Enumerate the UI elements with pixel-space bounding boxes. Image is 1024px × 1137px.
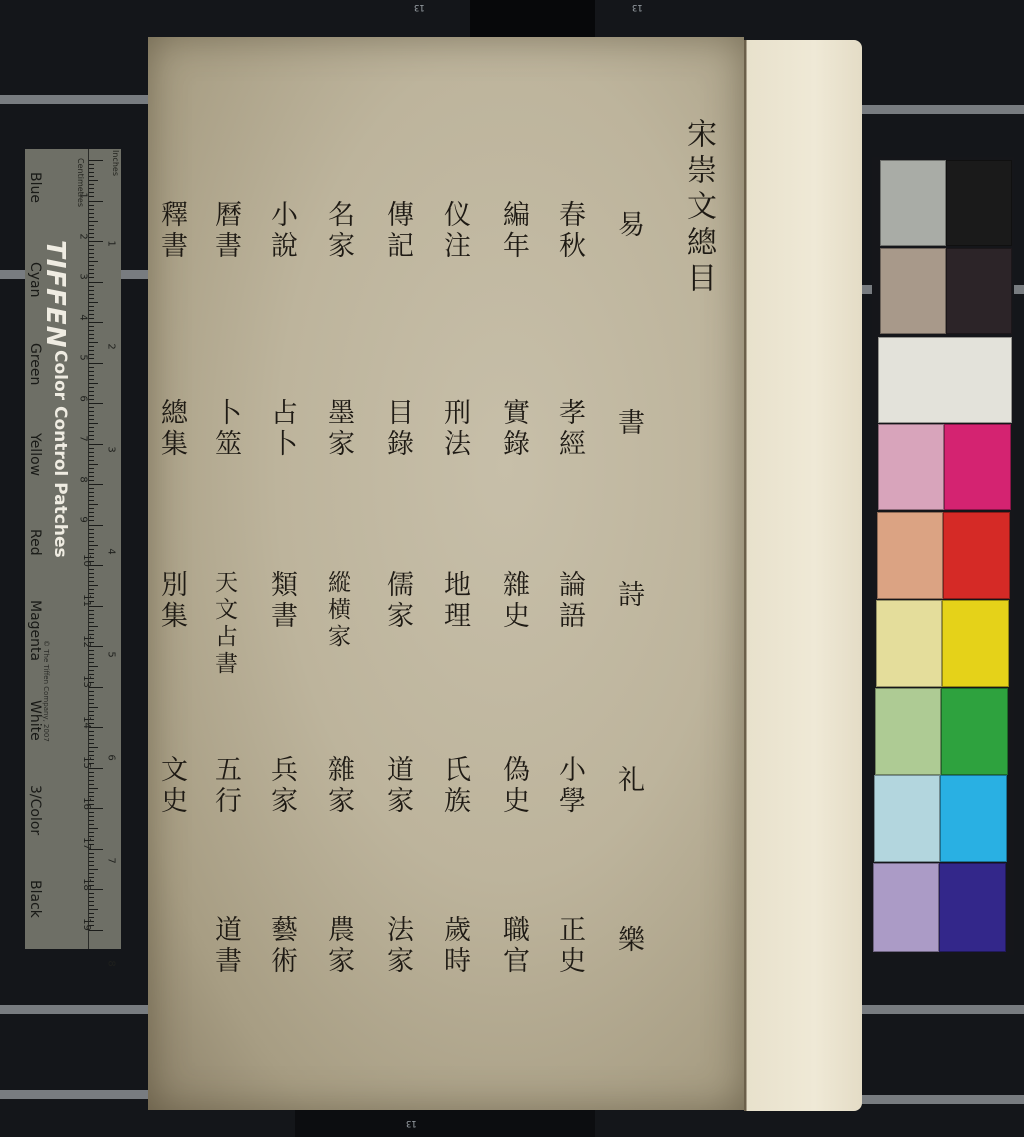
ruler-tick: [89, 164, 94, 165]
catalog-entry: 刑法: [441, 398, 468, 460]
catalog-entry: 藝術: [268, 915, 295, 977]
ruler-tick: [89, 670, 94, 671]
ruler-tick: [89, 354, 94, 355]
ruler-tick: [89, 172, 94, 173]
ruler-inch-label: 2: [106, 343, 117, 349]
catalog-entry: 天文占書: [212, 570, 235, 678]
ruler-tick: [89, 261, 98, 262]
catalog-entry: 曆書: [212, 200, 239, 262]
ruler-tick: [89, 772, 94, 773]
ruler-tick: [89, 326, 94, 327]
ruler-tick: [89, 257, 94, 258]
ruler-unit-in: Inches: [111, 150, 120, 176]
catalog-entry: 詩: [615, 580, 642, 611]
ruler-tick: [89, 699, 94, 700]
ruler-tick: [89, 391, 94, 392]
ruler-tick: [89, 853, 94, 854]
background-stripe: [862, 1005, 1024, 1014]
color-patch-green: [941, 688, 1008, 775]
catalog-entry: 農家: [325, 915, 352, 977]
ruler-inch-label: 1: [106, 240, 117, 246]
color-patch-yellow: [942, 600, 1009, 687]
ruler-tick: [89, 273, 94, 274]
edge-mark: 13: [414, 2, 425, 12]
ruler-tick: [89, 480, 94, 481]
ruler-tick: [89, 245, 94, 246]
ruler-tick: [89, 816, 94, 817]
ruler-tick: [89, 869, 98, 870]
ruler-product: Color Control Patches: [50, 350, 70, 558]
ruler-tick: [89, 751, 94, 752]
ruler-cm-label: 18: [81, 878, 92, 891]
ruler-tick: [89, 176, 94, 177]
ruler-tick: [89, 865, 94, 866]
catalog-entry: 總集: [158, 398, 185, 460]
catalog-entry: 雜家: [325, 755, 352, 817]
ruler-tick: [89, 399, 94, 400]
ruler-tick: [89, 622, 94, 623]
ruler-tick: [89, 630, 94, 631]
book-spine: [744, 40, 862, 1111]
ruler-tick: [89, 294, 94, 295]
ruler-tick: [89, 610, 94, 611]
ruler-tick: [89, 314, 94, 315]
ruler-tick: [89, 529, 94, 530]
ruler-tick: [89, 788, 98, 789]
ruler-tick: [89, 237, 94, 238]
background-block: [295, 1110, 595, 1137]
catalog-entry: 雜史: [500, 570, 527, 632]
catalog-entry: 縱横家: [325, 570, 348, 651]
ruler-tick: [89, 828, 98, 829]
ruler-tick: [89, 614, 94, 615]
manuscript-title: 宋崇文總目: [683, 118, 713, 298]
color-patch-pale-yellow: [876, 600, 942, 687]
catalog-entry: 道家: [384, 755, 411, 817]
ruler-tick: [89, 403, 103, 404]
ruler-tick: [89, 168, 94, 169]
ruler-tick: [89, 739, 94, 740]
ruler-tick: [89, 249, 94, 250]
catalog-entry: 職官: [500, 915, 527, 977]
ruler-tick: [89, 909, 98, 910]
catalog-entry: 法家: [384, 915, 411, 977]
catalog-entry: 春秋: [556, 200, 583, 262]
ruler-tick: [89, 213, 94, 214]
ruler-tick: [89, 350, 94, 351]
ruler-tick: [89, 703, 94, 704]
ruler-tick: [89, 897, 94, 898]
ruler-tick: [89, 233, 94, 234]
catalog-entry: 小學: [556, 755, 583, 817]
ruler-tick: [89, 589, 94, 590]
ruler-tick: [89, 180, 98, 181]
ruler-tick: [89, 415, 94, 416]
edge-mark: 13: [406, 1118, 417, 1128]
ruler-tick: [89, 205, 94, 206]
ruler-tick: [89, 201, 103, 202]
ruler-tick: [89, 460, 94, 461]
ruler-tick: [89, 496, 94, 497]
ruler-tick: [89, 383, 98, 384]
ruler-inch-label: 5: [106, 652, 117, 658]
ruler-tick: [89, 286, 94, 287]
catalog-entry: 兵家: [268, 755, 295, 817]
ruler-label-black: Black: [27, 880, 43, 918]
ruler-tick: [89, 901, 94, 902]
ruler-tick: [89, 221, 98, 222]
ruler-inch-label: 6: [106, 754, 117, 760]
ruler-tick: [89, 577, 94, 578]
ruler-tick: [89, 707, 98, 708]
ruler-tick: [89, 820, 94, 821]
ruler-cm-label: 2: [78, 233, 89, 239]
ruler-tick: [89, 456, 94, 457]
ruler-tick: [89, 192, 94, 193]
color-patch-magenta: [944, 424, 1011, 510]
catalog-entry: 文史: [158, 755, 185, 817]
ruler-tick: [89, 302, 98, 303]
ruler-tick: [89, 516, 94, 517]
ruler-tick: [89, 290, 94, 291]
ruler-tick: [89, 492, 94, 493]
ruler-tick: [89, 476, 94, 477]
ruler-tick: [89, 504, 98, 505]
catalog-entry: 儒家: [384, 570, 411, 632]
ruler-tick: [89, 427, 94, 428]
background-stripe: [0, 1090, 150, 1099]
ruler-tick: [89, 541, 94, 542]
ruler-tick: [89, 435, 94, 436]
ruler-tick: [89, 500, 94, 501]
ruler-tick: [89, 650, 94, 651]
color-patch-tan-gray: [880, 248, 946, 334]
ruler-cm-label: 6: [78, 395, 89, 401]
ruler-label-cyan: Cyan: [27, 262, 43, 298]
ruler-tick: [89, 488, 94, 489]
ruler-tick: [89, 537, 94, 538]
catalog-entry: 占卜: [268, 398, 295, 460]
ruler-tick: [89, 472, 94, 473]
ruler-tick: [89, 711, 94, 712]
ruler-tick: [89, 431, 94, 432]
ruler-cm-label: 17: [81, 837, 92, 850]
catalog-entry: 五行: [212, 755, 239, 817]
ruler-tick: [89, 743, 94, 744]
ruler-tick: [89, 196, 94, 197]
ruler-tick: [89, 439, 94, 440]
ruler-label-magenta: Magenta: [27, 600, 43, 661]
ruler-tick: [89, 229, 94, 230]
ruler-tick: [89, 792, 94, 793]
ruler-tick: [89, 626, 98, 627]
ruler-tick: [89, 581, 94, 582]
ruler-tick: [89, 905, 94, 906]
ruler-tick: [89, 861, 94, 862]
ruler-tick: [89, 395, 94, 396]
ruler-cm-label: 7: [78, 435, 89, 441]
ruler-cm-label: 16: [81, 797, 92, 810]
catalog-entry: 正史: [556, 915, 583, 977]
ruler-inch-label: 7: [106, 857, 117, 863]
ruler-tick: [89, 468, 94, 469]
ruler-label-red: Red: [27, 529, 43, 556]
catalog-entry: 目錄: [384, 398, 411, 460]
ruler-tick: [89, 346, 94, 347]
ruler-label-3color: 3/Color: [27, 785, 43, 835]
ruler-cm-label: 12: [81, 635, 92, 648]
ruler-tick: [89, 545, 98, 546]
ruler-tick: [89, 387, 94, 388]
background-stripe: [0, 1005, 150, 1014]
catalog-entry: 易: [615, 210, 642, 241]
color-patch-black: [946, 160, 1012, 246]
edge-mark: 13: [632, 2, 643, 12]
ruler-tick: [89, 209, 94, 210]
ruler-tick: [89, 512, 94, 513]
ruler-tick: [89, 330, 94, 331]
ruler-tick: [89, 306, 94, 307]
color-patch-peach: [877, 512, 943, 599]
catalog-entry: 卜筮: [212, 398, 239, 460]
catalog-entry: 礼: [615, 765, 642, 796]
ruler-tick: [89, 464, 98, 465]
ruler-tick: [89, 318, 94, 319]
catalog-entry: 仪注: [441, 200, 468, 262]
ruler-tick: [89, 731, 94, 732]
ruler-inch-label: 3: [106, 446, 117, 452]
ruler-tick: [89, 363, 103, 364]
ruler-tick: [89, 423, 98, 424]
ruler-cm-label: 19: [81, 918, 92, 931]
catalog-entry: 傳記: [384, 200, 411, 262]
ruler-tick: [89, 407, 94, 408]
ruler-tick: [89, 184, 94, 185]
ruler-tick: [89, 695, 94, 696]
ruler-label-white: White: [27, 700, 43, 741]
ruler-cm-label: 9: [78, 516, 89, 522]
catalog-entry: 實錄: [500, 398, 527, 460]
color-patch-indigo: [939, 863, 1006, 952]
color-patch-red: [943, 512, 1010, 599]
ruler-inch-label: 8: [106, 960, 117, 966]
ruler-tick: [89, 241, 103, 242]
color-patch-lavender: [873, 863, 939, 952]
ruler-tick: [89, 322, 103, 323]
color-patch-pale-cyan: [874, 775, 940, 862]
ruler-tick: [89, 873, 94, 874]
ruler-inch-label: 4: [106, 549, 117, 555]
ruler-tick: [89, 776, 94, 777]
ruler-tick: [89, 662, 94, 663]
ruler-cm-label: 11: [81, 594, 92, 607]
ruler-cm-label: 15: [81, 756, 92, 769]
ruler-tick: [89, 573, 94, 574]
catalog-entry: 歲時: [441, 915, 468, 977]
ruler-cm-label: 8: [78, 476, 89, 482]
ruler-tick: [89, 658, 94, 659]
ruler-tick: [89, 269, 94, 270]
catalog-entry: 墨家: [325, 398, 352, 460]
catalog-entry: 別集: [158, 570, 185, 632]
ruler-tick: [89, 367, 94, 368]
ruler-unit-cm: Centimetres: [76, 158, 85, 207]
ruler-cm-label: 3: [78, 273, 89, 279]
ruler-tick: [89, 666, 98, 667]
ruler-tick: [89, 618, 94, 619]
ruler-tick: [89, 857, 94, 858]
ruler-tick: [89, 298, 94, 299]
catalog-entry: 書: [615, 408, 642, 439]
ruler-tick: [89, 188, 94, 189]
ruler-tick: [89, 784, 94, 785]
ruler-cm-label: 14: [81, 716, 92, 729]
ruler-tick: [89, 525, 103, 526]
ruler-tick: [89, 265, 94, 266]
ruler-tick: [89, 735, 94, 736]
ruler-label-yellow: Yellow: [27, 433, 43, 476]
color-patch-pale-green: [875, 688, 941, 775]
ruler-label-green: Green: [27, 343, 43, 385]
color-patch-cyan: [940, 775, 1007, 862]
color-patch-white: [878, 337, 1012, 423]
ruler-cm-label: 10: [81, 554, 92, 567]
ruler-tick: [89, 520, 94, 521]
ruler-tick: [89, 160, 103, 161]
catalog-entry: 地理: [441, 570, 468, 632]
ruler-tick: [89, 334, 94, 335]
catalog-entry: 氏族: [441, 755, 468, 817]
ruler-tick: [89, 549, 94, 550]
catalog-entry: 論語: [556, 570, 583, 632]
catalog-entry: 孝經: [556, 398, 583, 460]
catalog-entry: 道書: [212, 915, 239, 977]
ruler-copyright: © The Tiffen Company, 2007: [42, 640, 50, 742]
catalog-entry: 名家: [325, 200, 352, 262]
color-patch-dark-brown: [946, 248, 1012, 334]
ruler-tick: [89, 448, 94, 449]
ruler-tick: [89, 654, 94, 655]
catalog-entry: 釋書: [158, 200, 185, 262]
ruler-tick: [89, 824, 94, 825]
ruler-cm-label: 13: [81, 675, 92, 688]
ruler-tick: [89, 310, 94, 311]
ruler-tick: [89, 277, 94, 278]
ruler-tick: [89, 484, 103, 485]
ruler-tick: [89, 508, 94, 509]
ruler-tick: [89, 217, 94, 218]
ruler-tick: [89, 375, 94, 376]
catalog-entry: 樂: [615, 925, 642, 956]
ruler-cm-label: 5: [78, 354, 89, 360]
ruler-tick: [89, 253, 94, 254]
ruler-tick: [89, 893, 94, 894]
ruler-tick: [89, 444, 103, 445]
ruler-tick: [89, 569, 94, 570]
ruler-tick: [89, 225, 94, 226]
color-patch-light-pink: [878, 424, 944, 510]
ruler-label-blue: Blue: [27, 172, 43, 203]
catalog-entry: 類書: [268, 570, 295, 632]
ruler-tick: [89, 379, 94, 380]
ruler-tick: [89, 358, 94, 359]
background-stripe: [862, 1095, 1024, 1104]
ruler-tick: [89, 747, 98, 748]
ruler-tick: [89, 913, 94, 914]
ruler-tick: [89, 691, 94, 692]
ruler-tick: [89, 533, 94, 534]
ruler-tick: [89, 585, 98, 586]
catalog-entry: 偽史: [500, 755, 527, 817]
background-block: [470, 0, 595, 40]
color-patch-light-gray: [880, 160, 946, 246]
ruler-tick: [89, 452, 94, 453]
catalog-entry: 編年: [500, 200, 527, 262]
catalog-entry: 小說: [268, 200, 295, 262]
ruler-cm-label: 4: [78, 314, 89, 320]
ruler-tick: [89, 419, 94, 420]
ruler-tick: [89, 371, 94, 372]
ruler-tick: [89, 832, 94, 833]
ruler-tick: [89, 812, 94, 813]
ruler-tick: [89, 411, 94, 412]
ruler-tick: [89, 780, 94, 781]
ruler-brand: TIFFEN: [40, 240, 70, 348]
ruler-tick: [89, 338, 94, 339]
ruler-tick: [89, 342, 98, 343]
ruler-tick: [89, 282, 103, 283]
